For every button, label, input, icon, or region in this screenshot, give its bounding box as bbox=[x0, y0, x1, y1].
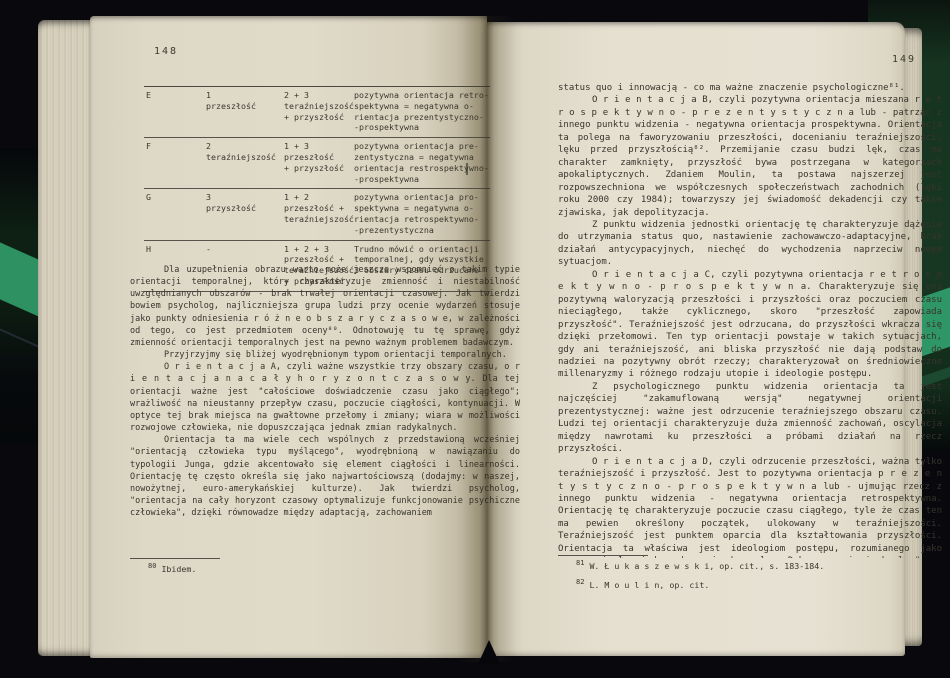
paragraph: O r i e n t a c j a B, czyli pozytywna o… bbox=[558, 94, 942, 219]
paragraph: O r i e n t a c j a C, czyli pozytywna o… bbox=[558, 269, 942, 381]
table-cell-combo: 1 + 3 przeszłość + przyszłość bbox=[284, 141, 354, 184]
scanned-book-scene: 148 E 1 przeszłość 2 + 3 teraźniejszość … bbox=[0, 0, 950, 678]
footnote-rule bbox=[130, 558, 220, 559]
table-row: F 2 teraźniejszość 1 + 3 przeszłość + pr… bbox=[144, 137, 490, 188]
paragraph: Z punktu widzenia jednostki orientację t… bbox=[558, 219, 942, 269]
page-edge-stack-left bbox=[38, 20, 92, 656]
table-cell-letter: G bbox=[144, 192, 206, 235]
footnote: 80Ibidem. bbox=[130, 562, 430, 574]
paragraph: Z psychologicznego punktu widzenia orien… bbox=[558, 381, 942, 456]
table-cell-letter: F bbox=[144, 141, 206, 184]
open-book: 148 E 1 przeszłość 2 + 3 teraźniejszość … bbox=[38, 16, 922, 662]
paragraph: Przyjrzyjmy się bliżej wyodrębnionym typ… bbox=[130, 349, 520, 361]
paragraph: O r i e n t a c j a A, czyli ważne wszys… bbox=[130, 361, 520, 434]
paragraph: status quo i innowacją - co ma ważne zna… bbox=[558, 82, 942, 94]
table-cell-description: pozytywna orientacja pro- spektywna = ne… bbox=[354, 192, 490, 235]
footnote-number: 81 bbox=[576, 559, 584, 567]
background-green-panel-left bbox=[0, 148, 42, 444]
page-number-right: 149 bbox=[892, 54, 916, 65]
paragraph: Dla uzupełnienia obrazu warto może jeszc… bbox=[130, 264, 520, 349]
footnote-number: 82 bbox=[576, 578, 584, 586]
orientation-types-table: E 1 przeszłość 2 + 3 teraźniejszość + pr… bbox=[144, 86, 490, 292]
table-cell-description: pozytywna orientacja retro- spektywna = … bbox=[354, 90, 490, 133]
footnote-text: L. M o u l i n, op. cit. bbox=[589, 580, 709, 590]
table-cell-description: pozytywna orientacja pre- zentystyczna =… bbox=[354, 141, 490, 184]
footnote-text: Ibidem. bbox=[161, 564, 196, 574]
paragraph: Orientacja ta ma wiele cech wspólnych z … bbox=[130, 434, 520, 519]
footnote-rule bbox=[558, 555, 648, 556]
table-cell-combo: 1 + 2 przeszłość + teraźniejszość bbox=[284, 192, 354, 235]
footnote: 82L. M o u l i n, op. cit. bbox=[558, 578, 898, 590]
right-page-content: 149 status quo i innowacją - co ma ważne… bbox=[520, 22, 912, 656]
table-cell-area: 2 teraźniejszość bbox=[206, 141, 284, 184]
left-page-footnotes: 80Ibidem. bbox=[130, 558, 430, 581]
footnote: 81W. Ł u k a s z e w s k i, op. cit., s.… bbox=[558, 559, 898, 571]
diagonal-hairline-left bbox=[0, 322, 42, 369]
table-cell-area: 1 przeszłość bbox=[206, 90, 284, 133]
footnote-number: 80 bbox=[148, 562, 156, 570]
right-page-text: status quo i innowacją - co ma ważne zna… bbox=[558, 82, 942, 558]
right-page-footnotes: 81W. Ł u k a s z e w s k i, op. cit., s.… bbox=[558, 555, 898, 597]
table-cell-area: 3 przyszłość bbox=[206, 192, 284, 235]
left-page-content: 148 E 1 przeszłość 2 + 3 teraźniejszość … bbox=[92, 16, 482, 658]
green-diagonal-stripe-left bbox=[0, 232, 42, 332]
table-cell-combo: 2 + 3 teraźniejszość + przyszłość bbox=[284, 90, 354, 133]
table-row: G 3 przyszłość 1 + 2 przeszłość + teraźn… bbox=[144, 188, 490, 239]
table-row: E 1 przeszłość 2 + 3 teraźniejszość + pr… bbox=[144, 86, 490, 137]
left-page-text: Dla uzupełnienia obrazu warto może jeszc… bbox=[130, 264, 520, 562]
paragraph: O r i e n t a c j a D, czyli odrzucenie … bbox=[558, 456, 942, 558]
table-cell-letter: E bbox=[144, 90, 206, 133]
page-number-left: 148 bbox=[154, 46, 178, 57]
footnote-text: W. Ł u k a s z e w s k i, op. cit., s. 1… bbox=[589, 561, 824, 571]
